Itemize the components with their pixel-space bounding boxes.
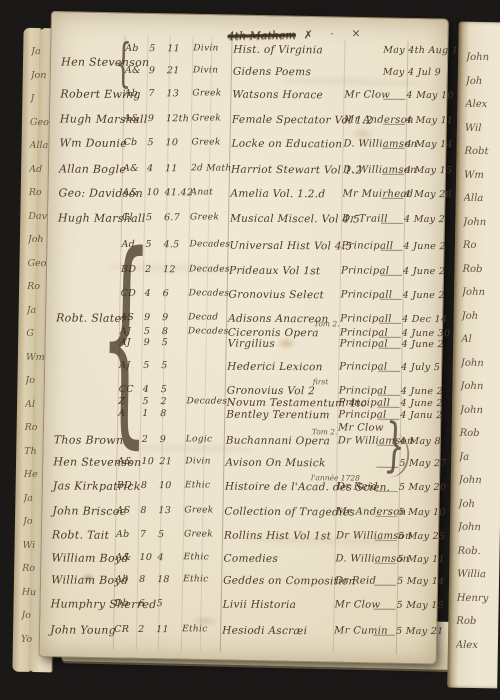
book-title: Avison On Musick	[225, 457, 325, 470]
name-fragment: John	[463, 216, 500, 228]
press-mark: 41.42	[164, 187, 193, 198]
book-title: Hist. of Virginia	[233, 44, 323, 57]
name-fragment: John	[466, 52, 500, 64]
press-mark: 5	[149, 43, 155, 54]
press-mark: 8	[162, 326, 168, 337]
press-mark: 9	[148, 113, 154, 124]
book-title: Bentley Terentium	[226, 409, 330, 422]
press-mark: 10	[139, 552, 152, 563]
press-mark: A&	[122, 187, 138, 198]
press-mark: 8	[140, 505, 146, 516]
brace-icon: {	[115, 37, 133, 89]
filler-dash	[373, 635, 395, 636]
name-fragment: Wil	[465, 122, 500, 134]
class-label: Decades	[189, 239, 230, 249]
date-note: 5 May 10	[398, 507, 445, 518]
name-fragment: Rob	[460, 428, 500, 440]
date-note: 4 June 2	[401, 386, 443, 397]
name-fragment: Al	[461, 334, 500, 346]
press-mark: 5	[162, 337, 168, 348]
press-mark: 10	[165, 137, 178, 148]
name-fragment: Joh	[458, 498, 500, 510]
press-mark: 11	[165, 163, 178, 174]
date-note: 5 May 15	[397, 600, 444, 611]
press-mark: 8	[160, 408, 166, 419]
date-note: 5 May 25	[398, 531, 445, 542]
name-fragment: John	[460, 381, 500, 393]
ledger-row: Hen StevensonAb511DivinHist. of Virginia…	[51, 42, 447, 61]
book-title: Virgilius	[228, 338, 276, 350]
book-title: Watsons Horace	[232, 89, 323, 102]
press-mark: 6	[163, 288, 169, 299]
filler-dash	[382, 148, 404, 149]
press-mark: 7	[148, 88, 154, 99]
class-label: Ethic	[185, 480, 210, 490]
press-mark: BD	[117, 480, 132, 491]
name-fragment: Willia	[457, 569, 500, 581]
book-title: Collection of Tragedies	[224, 506, 355, 519]
filler-dash	[376, 491, 398, 492]
class-label: Greek	[184, 505, 213, 515]
class-label: Greek	[191, 137, 220, 147]
press-mark: 10	[146, 187, 159, 198]
ledger-row: Wm DounieCb510GreekLocke on EducationD. …	[49, 136, 445, 155]
ledger-row: Allan BogleA&4112d MathHarriot Stewart V…	[49, 162, 445, 181]
press-mark: 2	[138, 624, 144, 635]
press-mark: 13	[158, 505, 171, 516]
title-note: first	[313, 377, 329, 386]
professor-name: Mr Clow	[338, 422, 384, 433]
press-mark: 18	[157, 574, 170, 585]
filler-dash	[377, 407, 399, 408]
press-mark: 5	[158, 529, 164, 540]
date-note: 4 May 14	[405, 139, 452, 150]
class-label: Logic	[186, 434, 213, 444]
name-fragment: Robt	[464, 146, 500, 158]
class-label: Divin	[193, 43, 218, 53]
date-note: 4 May 15	[405, 165, 452, 176]
press-mark: 21	[167, 65, 180, 76]
filler-dash	[374, 563, 396, 564]
ledger-row: Jas KirkpatrickBD810EthicHistoire de l'A…	[43, 479, 439, 498]
press-mark: 6.7	[164, 212, 180, 223]
date-note: 4 May 2	[404, 214, 445, 225]
professor-name: Dr Reid	[337, 481, 378, 492]
press-mark: 4	[147, 163, 153, 174]
press-mark: 9	[149, 65, 155, 76]
class-label: Greek	[192, 88, 221, 98]
book-title: Comedies	[223, 553, 278, 565]
date-note: 4 May 10	[406, 90, 453, 101]
manuscript-photo: JaJonJGeoAllaAdRoDavJohGeoRoJaGWmJoAlRoT…	[0, 0, 500, 700]
book-title: Universal Hist Vol 4.5	[229, 240, 352, 253]
filler-dash	[375, 516, 397, 517]
ledger-row: Robert EwingAb713GreekWatsons HoraceMr C…	[50, 87, 446, 106]
class-label: Divin	[185, 456, 210, 466]
check-marks: ✗ · ×	[303, 26, 367, 41]
class-label: Decades	[189, 288, 230, 298]
class-label: Ethic	[183, 574, 208, 584]
filler-dash	[380, 299, 402, 300]
press-mark: 2	[160, 396, 166, 407]
ledger-row: William BoydA&104EthicComediesD. William…	[41, 551, 437, 570]
filler-dash	[380, 250, 402, 251]
filler-dash	[383, 124, 405, 125]
crossed-out-text: 4th Mathem	[227, 28, 295, 42]
class-label: Divin	[193, 65, 218, 75]
class-label: 2d Math	[191, 163, 232, 173]
name-fragment: Rob	[462, 263, 500, 275]
facing-page-edge: JohnJohAlexWilRobtWmAllaJohnRoRobJohnJoh…	[447, 22, 500, 689]
press-mark: 4	[157, 552, 163, 563]
press-mark: 8	[141, 480, 147, 491]
filler-dash	[374, 609, 396, 610]
name-fragment: John	[460, 404, 500, 416]
date-note: 4 June 2	[403, 266, 445, 277]
date-note: 5 May 20	[399, 482, 446, 493]
date-note: 4 May 11	[406, 115, 453, 126]
filler-dash	[380, 275, 402, 276]
date-note: 5 May 14	[397, 576, 444, 587]
filler-dash	[379, 323, 401, 324]
press-mark: Ab	[115, 574, 129, 585]
press-mark: 5	[161, 384, 167, 395]
press-mark: 6	[139, 598, 145, 609]
book-title: Gronovius Select	[229, 289, 325, 302]
name-fragment: Joh	[462, 310, 500, 322]
book-title: Gidens Poems	[233, 66, 311, 79]
borrower-name: Wm Dounie	[59, 136, 127, 149]
name-fragment: Rob	[456, 616, 500, 628]
press-mark: Db	[115, 598, 129, 609]
name-fragment: Alla	[464, 193, 500, 205]
class-label: Greek	[192, 113, 221, 123]
date-note: 4 June 2	[403, 290, 445, 301]
press-mark: Ab	[116, 529, 130, 540]
name-fragment: John	[461, 357, 500, 369]
name-fragment: Henry	[457, 592, 500, 604]
date-note: 4 June 30	[402, 328, 451, 339]
press-mark: 9	[162, 312, 168, 323]
class-label: Ethic	[183, 552, 208, 562]
name-fragment: John	[459, 475, 500, 487]
press-mark: 10	[159, 480, 172, 491]
filler-dash	[374, 585, 396, 586]
name-fragment: Ja	[459, 451, 500, 463]
press-mark: 4.5	[163, 239, 179, 250]
press-mark: 5	[157, 598, 163, 609]
filler-dash	[379, 348, 401, 349]
class-label: Greek	[184, 529, 213, 539]
press-mark: Cb	[123, 137, 137, 148]
filler-dash	[378, 395, 400, 396]
date-note: May 4 Jul 9	[383, 67, 441, 78]
press-mark: 13	[166, 88, 179, 99]
professor-name: Dr Reid	[335, 575, 376, 586]
class-label: Anat	[190, 187, 213, 197]
press-mark: 8	[139, 574, 145, 585]
title-note: Tom 2.	[314, 319, 340, 328]
press-mark: A&	[123, 163, 139, 174]
title-note: l'année 1728	[311, 473, 360, 482]
date-note: 5 May 11	[397, 554, 444, 565]
class-label: Decad	[188, 312, 218, 322]
press-mark: 5	[147, 137, 153, 148]
class-label: Decades	[188, 326, 229, 336]
ledger-row: Humphry SherredDb65Livii HistoriaMr Clow…	[41, 597, 437, 616]
date-note: 4 July 5	[401, 362, 440, 373]
class-label: Ethic	[182, 624, 207, 634]
name-fragment: Rob.	[457, 545, 500, 557]
name-fragment: John	[458, 522, 500, 534]
ledger-row: William BoydAb818EthicGeddes on Composit…	[41, 573, 437, 592]
name-fragment: Joh	[466, 75, 500, 87]
date-note: 4 May 28	[404, 189, 451, 200]
press-mark: 5	[161, 360, 167, 371]
book-title: Buchannani Opera	[226, 435, 330, 448]
class-label: Decades	[186, 396, 227, 406]
class-label: Greek	[190, 212, 219, 222]
book-title: Hederici Lexicon	[227, 361, 323, 374]
book-title: Hesiodi Ascræi	[222, 625, 307, 638]
ledger-page: 4th Mathem ✗ · × Hen StevensonAb511Divin…	[40, 12, 448, 663]
filler-dash	[383, 99, 405, 100]
facing-page-fragments: JohnJohAlexWilRobtWmAllaJohnRoRobJohnJoh…	[459, 22, 500, 23]
name-fragment: Ro	[463, 240, 500, 252]
press-mark: 21	[159, 456, 172, 467]
date-note: 5 May 21	[396, 626, 443, 637]
press-mark: 11	[167, 43, 180, 54]
book-title: Livii Historia	[223, 599, 297, 612]
filler-dash	[381, 198, 403, 199]
date-note: 4 June 2	[403, 241, 445, 252]
press-mark: AS	[116, 505, 130, 516]
book-title: Musical Miscel. Vol 4.5	[230, 213, 360, 226]
date-note: 4 June 2	[402, 339, 444, 350]
date-note: 4 Dec 14	[402, 314, 447, 325]
press-mark: 7	[140, 529, 146, 540]
brace-icon: {	[98, 231, 153, 444]
name-fragment: Alex	[465, 99, 500, 111]
borrower-name: Robt. Tait	[52, 528, 109, 541]
press-mark: 12th	[166, 113, 189, 124]
book-title: Amelia Vol. 1.2.d	[230, 188, 325, 201]
press-mark: A&	[115, 552, 131, 563]
filler-dash	[379, 337, 401, 338]
press-mark: 11	[156, 624, 169, 635]
book-title: Locke on Education	[231, 138, 342, 151]
press-mark: CR	[114, 624, 129, 635]
date-note: 4 June 2	[400, 398, 442, 409]
borrower-name: John Young	[50, 623, 116, 636]
title-note: Tom 2.	[312, 427, 338, 436]
filler-dash	[381, 223, 403, 224]
name-fragment: Alex	[456, 639, 500, 651]
filler-dash	[378, 371, 400, 372]
ledger-row: Geo: DavidsonA&1041.42AnatAmelia Vol. 1.…	[48, 186, 444, 205]
name-fragment: Wm	[464, 169, 500, 181]
name-fragment: John	[462, 287, 500, 299]
book-title: Gronovius Vol 2	[227, 385, 316, 398]
ledger-row: Hugh MarshallA&912thGreekFemale Spectato…	[50, 112, 446, 131]
press-mark: A&	[124, 113, 140, 124]
date-note: May 4th Aug 19	[383, 45, 464, 57]
ledger-row: John YoungCR211EthicHesiodi AscræiMr Cum…	[40, 623, 436, 642]
filler-dash	[382, 174, 404, 175]
borrower-name: Allan Bogle	[59, 162, 126, 175]
ledger-row: John BriscoeAS813GreekCollection of Trag…	[42, 504, 438, 523]
